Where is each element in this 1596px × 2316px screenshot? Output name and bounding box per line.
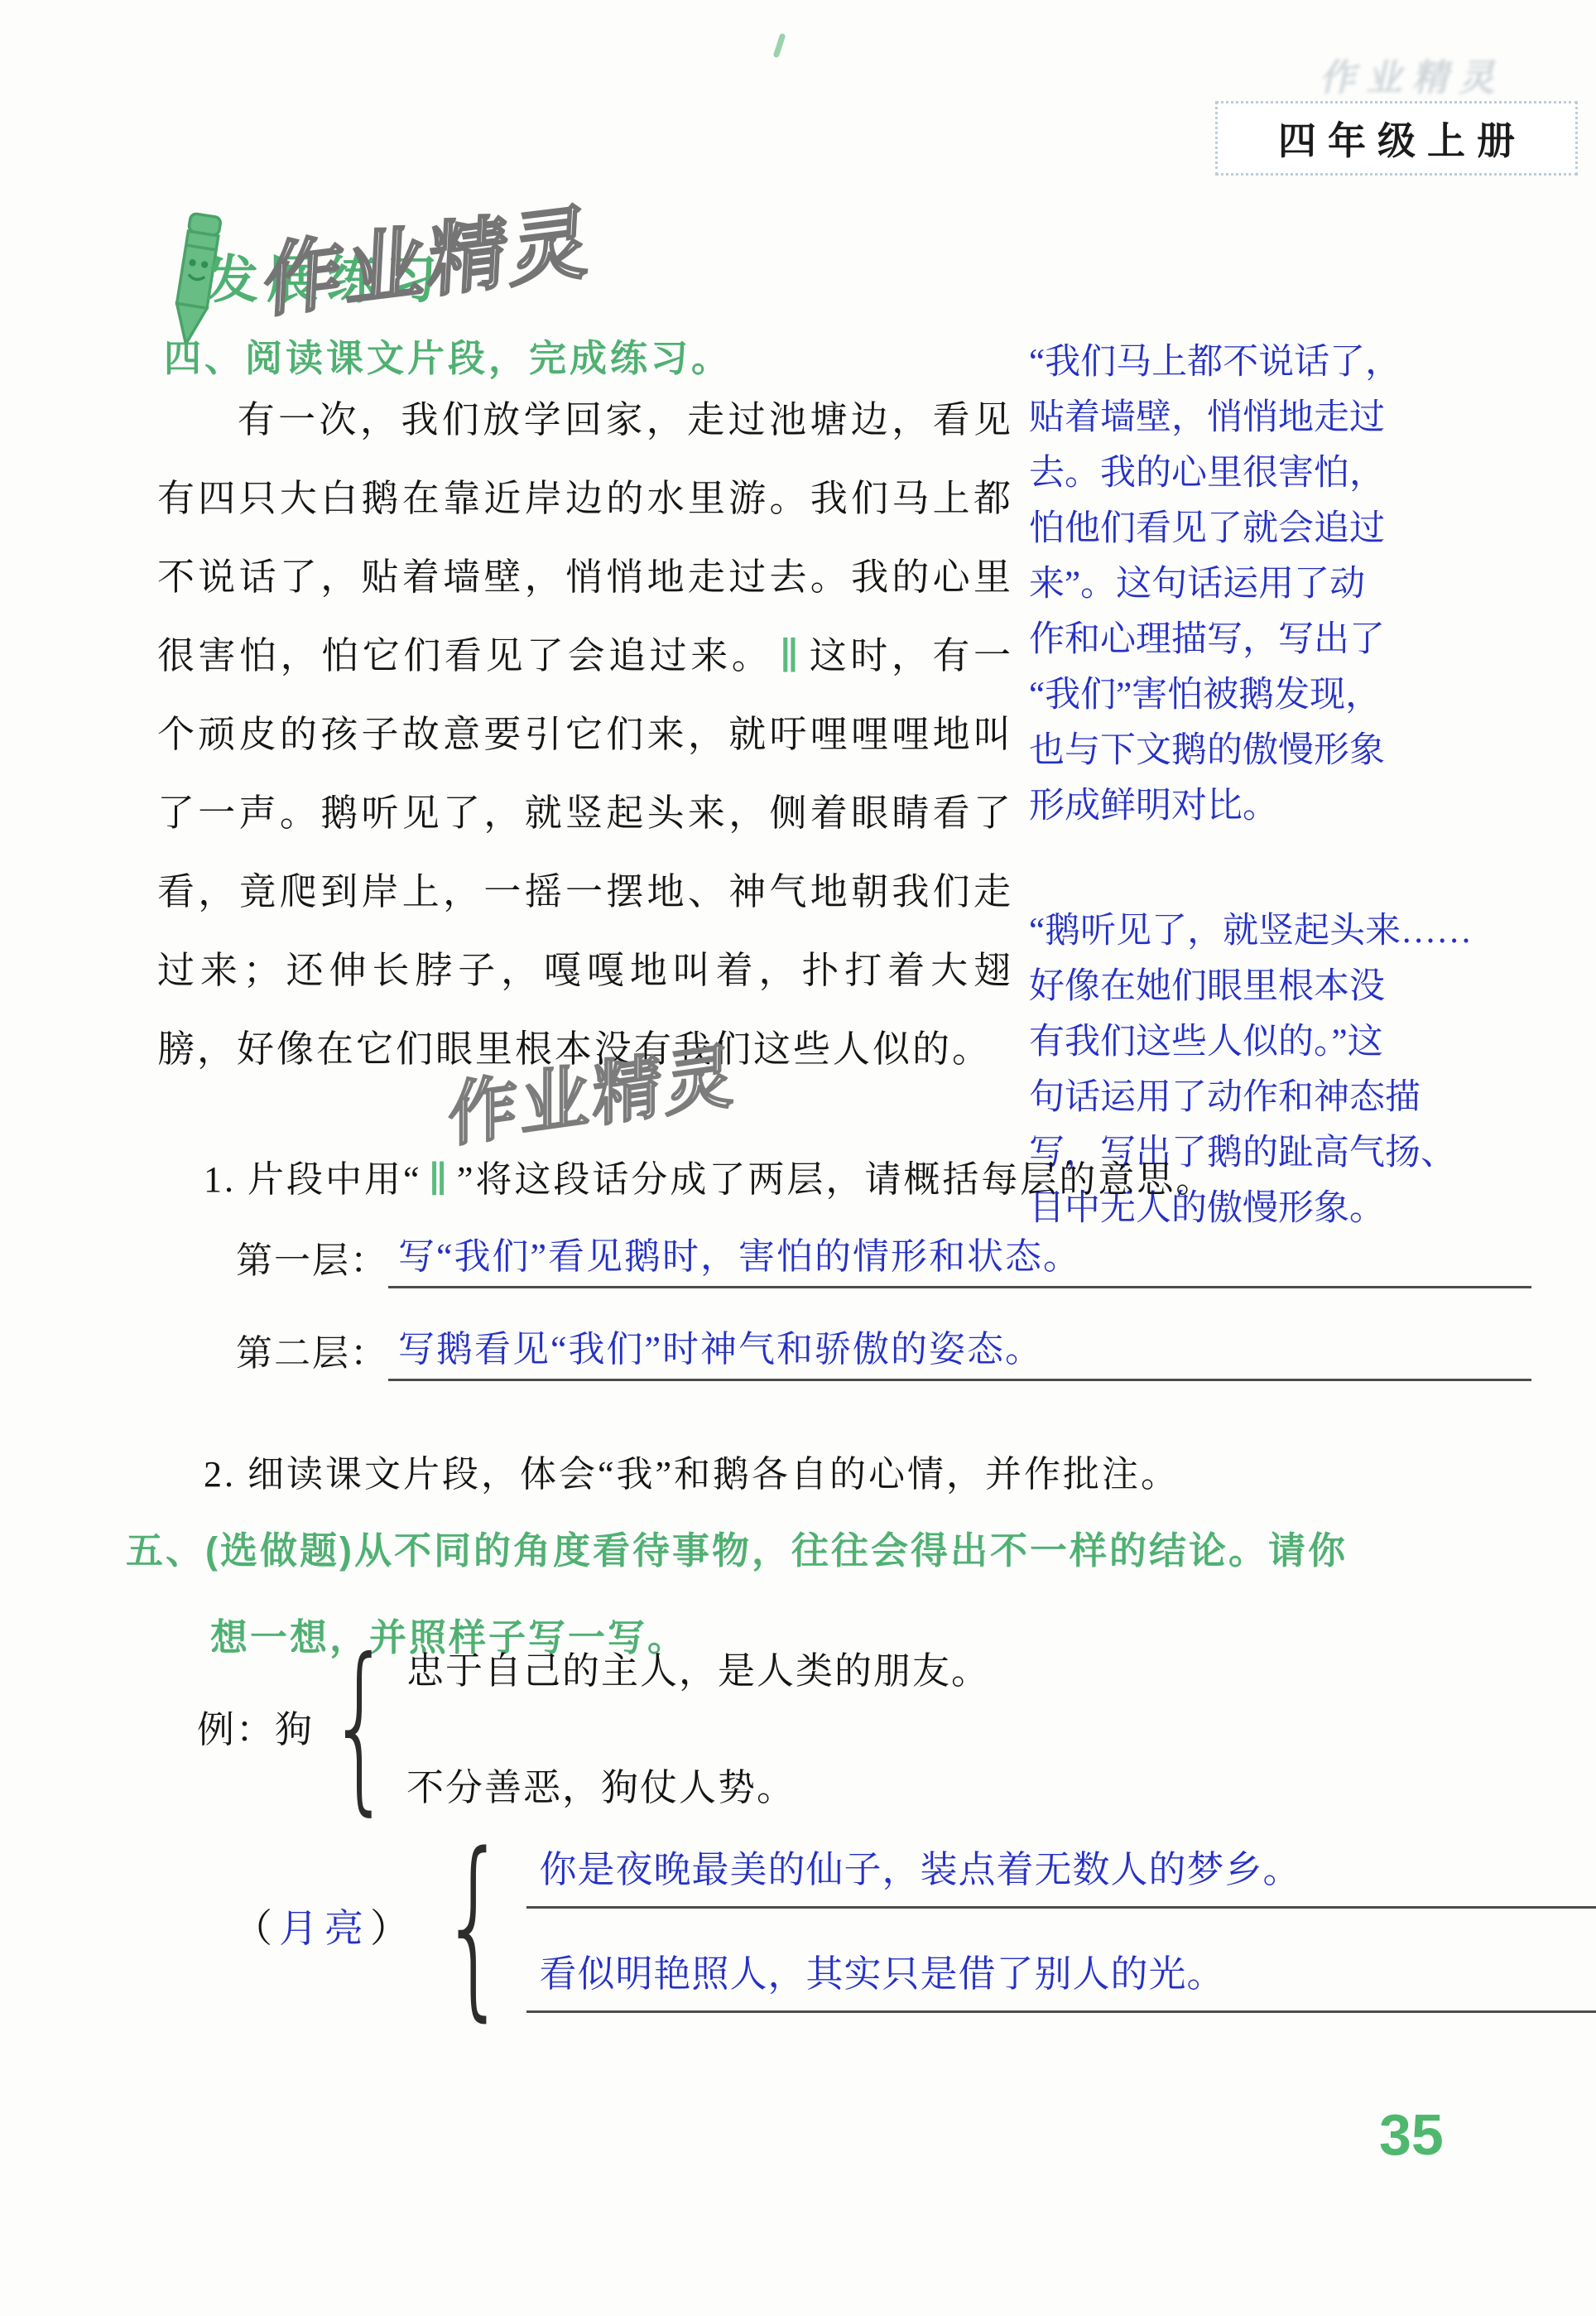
layer-1-label: 第一层： bbox=[236, 1230, 388, 1288]
moon-label: （月亮） bbox=[233, 1898, 416, 1953]
moon-view-positive-line[interactable]: 你是夜晚最美的仙子，装点着无数人的梦乡。 bbox=[526, 1839, 1596, 1909]
moon-view-negative-text: 看似明艳照人，其实只是借了别人的光。 bbox=[540, 1953, 1225, 1995]
question-1: 1. 片段中用“∥”将这段话分成了两层，请概括每层的意思。 bbox=[204, 1149, 1214, 1202]
example-views: 忠于自己的主人，是人类的朋友。 不分善恶，狗仗人势。 bbox=[406, 1640, 990, 1811]
q1-suffix: ”将这段话分成了两层，请概括每层的意思。 bbox=[457, 1159, 1215, 1200]
layer-1-answer-text: 写“我们”看见鹅时，害怕的情形和状态。 bbox=[398, 1236, 1081, 1277]
annotation-line: “鹅听见了，就竖起头来…… bbox=[1029, 903, 1582, 959]
workbook-page: 作业精灵 四年级上册 发展练习 作业精灵 四、阅读课文片段，完成练习。 有一次，… bbox=[0, 0, 1596, 2316]
section4-heading: 四、阅读课文片段，完成练习。 bbox=[164, 328, 732, 382]
reading-passage: 有一次，我们放学回家，走过池塘边，看见有四只大白鹅在靠近岸边的水里游。我们马上都… bbox=[157, 381, 1013, 1089]
layer-2-answer-line[interactable]: 写鹅看见“我们”时神气和骄傲的姿态。 bbox=[388, 1319, 1531, 1381]
example-dog-block: 例：狗 { 忠于自己的主人，是人类的朋友。 不分善恶，狗仗人势。 bbox=[197, 1635, 990, 1817]
layer-1-answer-line[interactable]: 写“我们”看见鹅时，害怕的情形和状态。 bbox=[388, 1226, 1531, 1288]
annotation-line: 有我们这些人似的。”这 bbox=[1029, 1014, 1582, 1070]
brace-icon: { bbox=[329, 1635, 392, 1817]
question-2: 2. 细读课文片段，体会“我”和鹅各自的心情，并作批注。 bbox=[204, 1444, 1180, 1497]
annotation-line: “我们马上都不说话了， bbox=[1029, 335, 1582, 390]
annotation-line: 来”。这句话运用了动 bbox=[1029, 556, 1582, 612]
brace-icon: { bbox=[440, 1828, 508, 2023]
moon-view-positive-text: 你是夜晚最美的仙子，装点着无数人的梦乡。 bbox=[540, 1849, 1301, 1890]
layer-1-row: 第一层： 写“我们”看见鹅时，害怕的情形和状态。 bbox=[236, 1219, 1531, 1288]
passage-text-after: 这时，有一个顽皮的孩子故意要引它们来，就吁哩哩哩地叫了一声。鹅听见了，就竖起头来… bbox=[157, 635, 1013, 1070]
annotation-line: 好像在她们眼里根本没 bbox=[1029, 959, 1582, 1014]
page-number: 35 bbox=[1379, 2102, 1444, 2168]
annotation-paragraph-1: “我们马上都不说话了， 贴着墙壁，悄悄地走过 去。我的心里很害怕， 怕他们看见了… bbox=[1029, 335, 1582, 834]
moon-views: 你是夜晚最美的仙子，装点着无数人的梦乡。 看似明艳照人，其实只是借了别人的光。 bbox=[526, 1839, 1596, 2013]
layer-2-label: 第二层： bbox=[236, 1323, 388, 1381]
header-watermark: 作业精灵 bbox=[1317, 48, 1514, 101]
annotation-line: 形成鲜明对比。 bbox=[1029, 778, 1582, 834]
example-view-negative: 不分善恶，狗仗人势。 bbox=[406, 1757, 990, 1811]
annotation-line: 贴着墙壁，悄悄地走过 bbox=[1029, 390, 1582, 445]
annotation-line: 怕他们看见了就会追过 bbox=[1029, 501, 1582, 556]
q1-divider-marker: ∥ bbox=[422, 1159, 457, 1200]
annotation-line: 去。我的心里很害怕， bbox=[1029, 445, 1582, 501]
grade-box: 四年级上册 bbox=[1215, 101, 1578, 176]
moon-answer-block: （月亮） { 你是夜晚最美的仙子，装点着无数人的梦乡。 看似明艳照人，其实只是借… bbox=[233, 1828, 1596, 2023]
layer-2-row: 第二层： 写鹅看见“我们”时神气和骄傲的姿态。 bbox=[236, 1312, 1531, 1381]
q1-prefix: 1. 片段中用“ bbox=[204, 1159, 422, 1200]
annotation-line: 也与下文鹅的傲慢形象 bbox=[1029, 723, 1582, 778]
moon-subject[interactable]: 月亮 bbox=[279, 1908, 370, 1951]
title-watermark: 作业精灵 bbox=[262, 178, 596, 334]
grade-label: 四年级上册 bbox=[1278, 111, 1526, 166]
annotation-line: “我们”害怕被鹅发现， bbox=[1029, 667, 1582, 723]
annotation-line: 作和心理描写，写出了 bbox=[1029, 612, 1582, 667]
example-view-positive: 忠于自己的主人，是人类的朋友。 bbox=[406, 1640, 990, 1694]
open-paren: （ bbox=[233, 1908, 279, 1951]
example-label: 例：狗 bbox=[197, 1699, 314, 1753]
annotation-line: 句话运用了动作和神态描 bbox=[1029, 1070, 1582, 1125]
layer-divider-marker: ∥ bbox=[772, 635, 808, 677]
pen-mark-icon bbox=[773, 33, 786, 59]
annotation-column: “我们马上都不说话了， 贴着墙壁，悄悄地走过 去。我的心里很害怕， 怕他们看见了… bbox=[1029, 335, 1582, 1236]
moon-view-negative-line[interactable]: 看似明艳照人，其实只是借了别人的光。 bbox=[526, 1943, 1596, 2013]
section5-heading-line1: 五、(选做题)从不同的角度看待事物，往往会得出不一样的结论。请你 bbox=[126, 1527, 1583, 1576]
layer-2-answer-text: 写鹅看见“我们”时神气和骄傲的姿态。 bbox=[398, 1329, 1043, 1370]
close-paren: ） bbox=[370, 1908, 416, 1951]
